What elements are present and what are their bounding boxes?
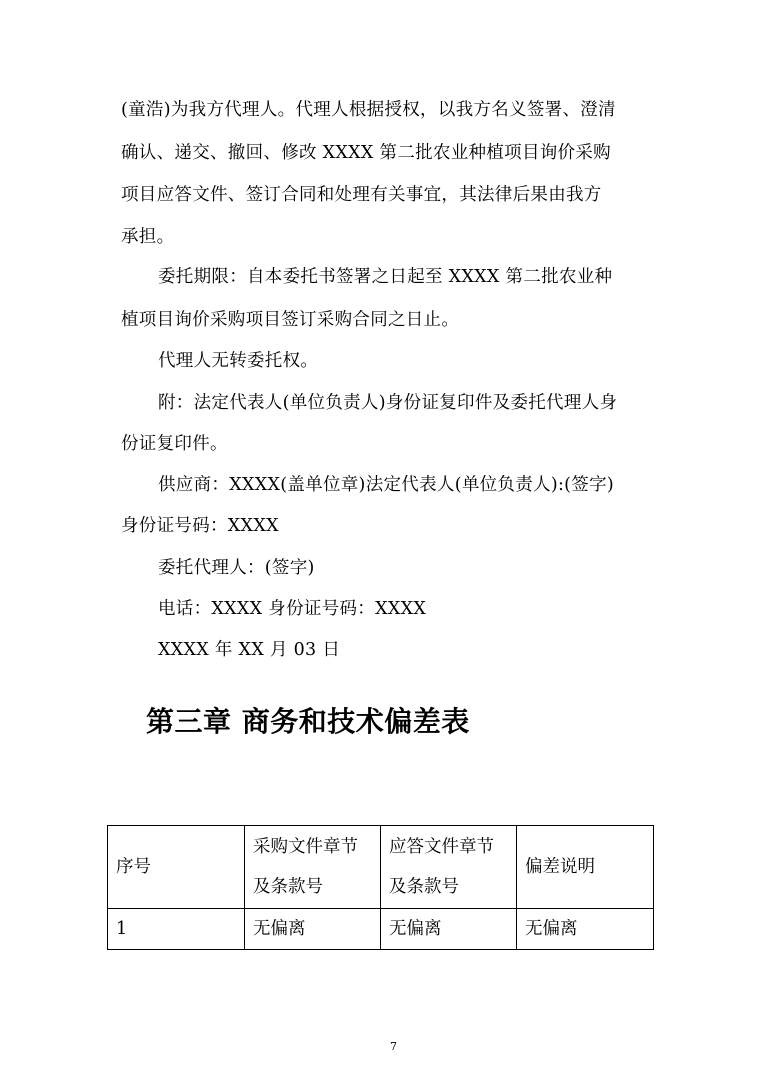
header-text: 序号 — [116, 857, 151, 877]
table-header-row: 序号 采购文件章节 及条款号 应答文件章节 及条款号 偏差说明 — [108, 826, 654, 909]
table-row: 1 无偏离 无偏离 无偏离 — [108, 909, 654, 950]
supplier-line: 供应商：XXXX(盖单位章)法定代表人(单位负责人):(签字) — [158, 474, 614, 496]
paragraph-line: 植项目询价采购项目签订采购合同之日止。 — [121, 309, 459, 331]
header-cell-index: 序号 — [108, 826, 245, 909]
header-text: 采购文件章节 — [253, 827, 380, 867]
paragraph-line: 确认、递交、撤回、修改 XXXX 第二批农业种植项目询价采购 — [121, 142, 611, 164]
phone-line: 电话：XXXX 身份证号码：XXXX — [158, 598, 426, 620]
header-cell-procurement-clause: 采购文件章节 及条款号 — [245, 826, 381, 909]
date-line: XXXX 年 XX 月 03 日 — [158, 639, 340, 661]
header-cell-response-clause: 应答文件章节 及条款号 — [381, 826, 517, 909]
cell-procurement-clause: 无偏离 — [245, 909, 381, 950]
id-number-line: 身份证号码：XXXX — [121, 515, 279, 537]
cell-index: 1 — [108, 909, 245, 950]
agent-signature-line: 委托代理人：(签字) — [158, 557, 315, 579]
paragraph-line: 项目应答文件、签订合同和处理有关事宜，其法律后果由我方 — [121, 184, 602, 206]
header-text: 及条款号 — [253, 867, 380, 907]
header-text: 及条款号 — [389, 867, 516, 907]
paragraph-line: 附：法定代表人(单位负责人)身份证复印件及委托代理人身 — [158, 392, 617, 414]
deviation-table: 序号 采购文件章节 及条款号 应答文件章节 及条款号 偏差说明 1 无偏离 无偏… — [107, 825, 654, 950]
cell-response-clause: 无偏离 — [381, 909, 517, 950]
header-cell-deviation-note: 偏差说明 — [517, 826, 654, 909]
paragraph-line: (童浩)为我方代理人。代理人根据授权，以我方名义签署、澄清 — [121, 99, 616, 121]
header-text: 应答文件章节 — [389, 827, 516, 867]
cell-deviation-note: 无偏离 — [517, 909, 654, 950]
paragraph-line: 份证复印件。 — [121, 433, 228, 455]
header-text: 偏差说明 — [525, 857, 595, 877]
page-number: 7 — [390, 1040, 397, 1053]
chapter-heading: 第三章 商务和技术偏差表 — [146, 700, 470, 740]
paragraph-line: 委托期限：自本委托书签署之日起至 XXXX 第二批农业种 — [158, 266, 612, 288]
paragraph-line: 承担。 — [121, 226, 174, 248]
paragraph-line: 代理人无转委托权。 — [158, 350, 318, 372]
